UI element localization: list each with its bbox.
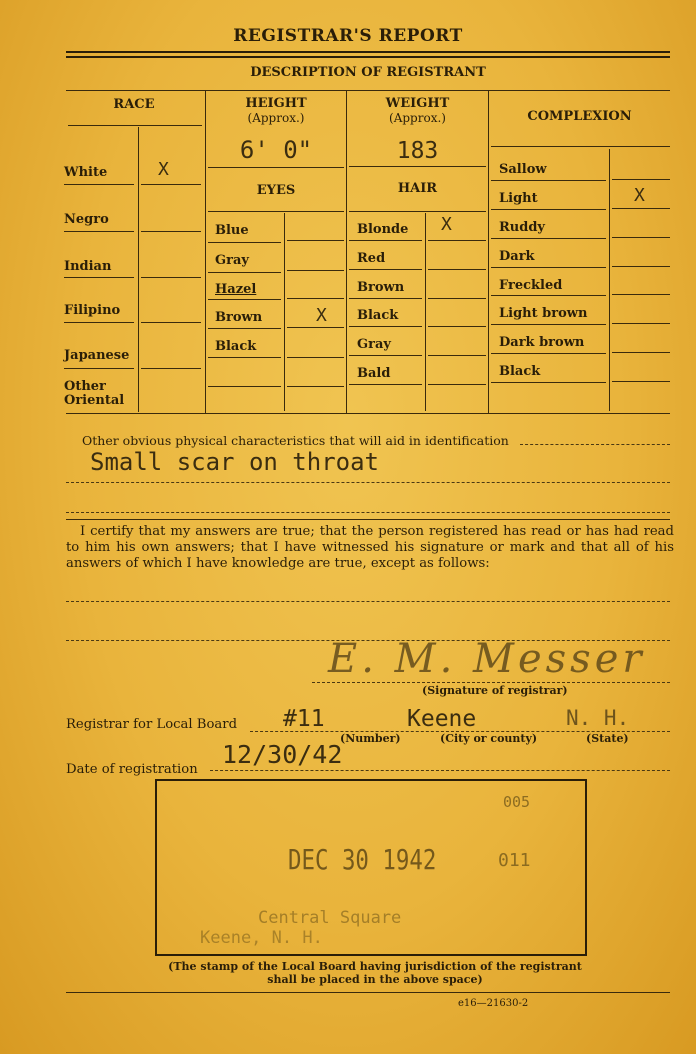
divider xyxy=(612,323,670,324)
divider xyxy=(64,231,134,232)
stamp-date: DEC 30 1942 xyxy=(288,843,436,876)
form-number: e16—21630-2 xyxy=(458,998,528,1009)
registrar-signature: E. M. Messer xyxy=(328,636,646,682)
divider xyxy=(68,125,202,126)
eyes-mark-brown: X xyxy=(316,305,327,326)
divider xyxy=(491,295,606,296)
divider xyxy=(491,238,606,239)
eyes-label-brown: Brown xyxy=(215,310,262,325)
divider xyxy=(428,355,486,356)
divider xyxy=(612,179,670,180)
divider xyxy=(612,266,670,267)
divider xyxy=(612,294,670,295)
eyes-label-hazel: Hazel xyxy=(215,282,256,297)
table-top-rule xyxy=(66,90,670,91)
table-bottom-rule xyxy=(66,413,670,414)
divider xyxy=(612,381,670,382)
height-heading-text: HEIGHT xyxy=(206,97,346,111)
race-heading: RACE xyxy=(66,98,202,112)
title-rule-1 xyxy=(66,51,670,53)
title-rule-2 xyxy=(66,56,670,58)
race-label-white: White xyxy=(64,165,107,180)
divider xyxy=(428,240,486,241)
section-title: DESCRIPTION OF REGISTRANT xyxy=(66,65,670,80)
divider xyxy=(208,386,281,387)
characteristics-line-2 xyxy=(66,482,670,483)
divider xyxy=(491,267,606,268)
divider xyxy=(428,326,486,327)
divider xyxy=(141,184,201,185)
divider xyxy=(64,184,134,185)
divider xyxy=(349,326,422,327)
height-value: 6' 0" xyxy=(206,136,346,164)
signature-line xyxy=(312,682,670,683)
divider xyxy=(491,324,606,325)
complexion-label-dark: Dark xyxy=(499,249,535,264)
registrars-report-card: REGISTRAR'S REPORT DESCRIPTION OF REGIST… xyxy=(0,0,696,1054)
number-caption: (Number) xyxy=(340,732,401,745)
divider xyxy=(208,272,281,273)
local-board-label: Registrar for Local Board xyxy=(66,717,237,733)
divider xyxy=(138,127,139,412)
hair-mark-blonde: X xyxy=(441,214,452,235)
hair-label-red: Red xyxy=(357,251,385,266)
characteristics-line xyxy=(520,444,670,445)
divider xyxy=(287,357,344,358)
weight-heading-text: WEIGHT xyxy=(347,97,488,111)
divider xyxy=(488,91,489,413)
divider xyxy=(208,242,281,243)
divider xyxy=(141,277,201,278)
divider xyxy=(428,298,486,299)
certification-text: I certify that my answers are true; that… xyxy=(66,524,674,572)
divider xyxy=(428,269,486,270)
stamp-address-line-2: Keene, N. H. xyxy=(200,928,323,948)
race-mark-white: X xyxy=(158,159,169,180)
local-board-city: Keene xyxy=(407,706,476,732)
stamp-side-code: 011 xyxy=(498,850,531,871)
divider xyxy=(425,213,426,411)
divider xyxy=(66,519,670,520)
local-board-number: #11 xyxy=(283,706,325,732)
divider xyxy=(287,240,344,241)
hair-heading: HAIR xyxy=(347,182,488,196)
eyes-label-gray: Gray xyxy=(215,253,249,268)
divider xyxy=(208,167,344,168)
divider xyxy=(491,382,606,383)
divider xyxy=(612,237,670,238)
divider xyxy=(141,231,201,232)
divider xyxy=(428,384,486,385)
characteristics-value: Small scar on throat xyxy=(90,448,379,476)
stamp-top-code: 005 xyxy=(503,793,530,811)
height-heading: HEIGHT (Approx.) xyxy=(206,97,346,125)
divider xyxy=(208,299,281,300)
characteristics-line-3 xyxy=(66,512,670,513)
race-label-japanese: Japanese xyxy=(64,348,129,363)
divider xyxy=(612,352,670,353)
divider xyxy=(491,353,606,354)
weight-value: 183 xyxy=(347,138,488,164)
race-label-other-oriental: Other Oriental xyxy=(64,380,138,408)
complexion-label-light-brown: Light brown xyxy=(499,306,587,321)
characteristics-label: Other obvious physical characteristics t… xyxy=(82,433,509,449)
race-label-negro: Negro xyxy=(64,212,109,227)
divider xyxy=(141,322,201,323)
divider xyxy=(349,355,422,356)
registration-date-label: Date of registration xyxy=(66,762,198,778)
registration-date-value: 12/30/42 xyxy=(222,740,342,769)
divider xyxy=(609,149,610,411)
hair-label-black: Black xyxy=(357,308,398,323)
race-label-indian: Indian xyxy=(64,259,111,274)
divider xyxy=(287,298,344,299)
divider xyxy=(349,240,422,241)
complexion-mark-light: X xyxy=(634,185,645,206)
divider xyxy=(208,328,281,329)
divider xyxy=(287,327,344,328)
bottom-rule xyxy=(66,992,670,993)
divider xyxy=(349,298,422,299)
divider xyxy=(491,146,670,147)
exceptions-line-1 xyxy=(66,601,670,602)
local-board-state: N. H. xyxy=(566,706,629,730)
stamp-address-line-1: Central Square xyxy=(258,908,401,928)
divider xyxy=(349,166,486,167)
height-approx: (Approx.) xyxy=(206,111,346,125)
registration-date-line xyxy=(210,770,670,771)
divider xyxy=(208,357,281,358)
hair-label-gray: Gray xyxy=(357,337,391,352)
divider xyxy=(349,269,422,270)
stamp-caption-line-2: shall be placed in the above space) xyxy=(155,973,595,986)
eyes-heading: EYES xyxy=(206,184,346,198)
page-title: REGISTRAR'S REPORT xyxy=(0,26,696,46)
complexion-label-light: Light xyxy=(499,191,538,206)
complexion-heading: COMPLEXION xyxy=(489,110,670,124)
signature-caption: (Signature of registrar) xyxy=(422,684,568,697)
divider xyxy=(287,386,344,387)
race-label-filipino: Filipino xyxy=(64,303,120,318)
complexion-label-black: Black xyxy=(499,364,540,379)
stamp-caption-line-1: (The stamp of the Local Board having jur… xyxy=(155,960,595,973)
complexion-label-ruddy: Ruddy xyxy=(499,220,545,235)
stamp-caption: (The stamp of the Local Board having jur… xyxy=(155,960,595,986)
divider xyxy=(287,270,344,271)
weight-heading: WEIGHT (Approx.) xyxy=(347,97,488,125)
city-caption: (City or county) xyxy=(440,732,537,745)
divider xyxy=(612,208,670,209)
state-caption: (State) xyxy=(586,732,629,745)
eyes-label-black: Black xyxy=(215,339,256,354)
divider xyxy=(349,211,486,212)
divider xyxy=(208,211,344,212)
hair-label-blonde: Blonde xyxy=(357,222,408,237)
hair-label-bald: Bald xyxy=(357,366,390,381)
divider xyxy=(64,368,134,369)
complexion-label-dark-brown: Dark brown xyxy=(499,335,584,350)
divider xyxy=(349,384,422,385)
divider xyxy=(284,213,285,411)
divider xyxy=(141,368,201,369)
divider xyxy=(491,209,606,210)
eyes-label-blue: Blue xyxy=(215,223,249,238)
weight-approx: (Approx.) xyxy=(347,111,488,125)
complexion-label-freckled: Freckled xyxy=(499,278,562,293)
divider xyxy=(64,322,134,323)
complexion-label-sallow: Sallow xyxy=(499,162,547,177)
divider xyxy=(491,180,606,181)
hair-label-brown: Brown xyxy=(357,280,404,295)
divider xyxy=(64,277,134,278)
